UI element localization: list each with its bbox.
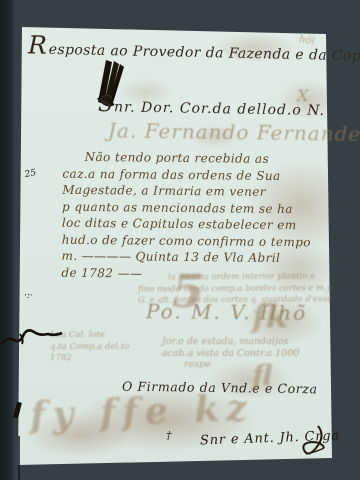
signature-flourish xyxy=(296,424,326,456)
bleed-through-name: Ja. Fernando Fernande xyxy=(108,120,360,144)
bleed-line: Jor.o de estada, mandaijos xyxy=(162,336,299,348)
corner-note: hõi xyxy=(298,35,315,47)
salutation-line: Snr. Dor. Cor.da dellod.o N. xyxy=(98,94,325,120)
bleed-flourish-mid: fk xyxy=(252,300,288,332)
book-gutter-shadow xyxy=(0,0,14,480)
bleed-line: 1782 xyxy=(50,353,129,365)
crossout-scribble xyxy=(0,324,66,350)
bleed-flourish-x: X xyxy=(297,88,308,104)
bleed-line: acab.a vista da Contr.a 1000 xyxy=(162,348,299,360)
bleed-flourish-bottom: fy ffe kz xyxy=(29,390,254,434)
bleed-line: la mesma ordem interior plantio a xyxy=(138,271,332,284)
margin-specks: ·:· xyxy=(24,292,33,301)
page-edge-line xyxy=(18,436,20,480)
bleed-right-column: Jor.o de estada, mandaijos acab.a vista … xyxy=(162,336,299,371)
cross-mark: † xyxy=(166,430,172,441)
photo-background: Resposta ao Provedor da Fazenda e da Cop… xyxy=(0,0,360,480)
bleed-line: respe xyxy=(162,359,299,371)
bleed-flourish-low: fl xyxy=(252,362,272,390)
